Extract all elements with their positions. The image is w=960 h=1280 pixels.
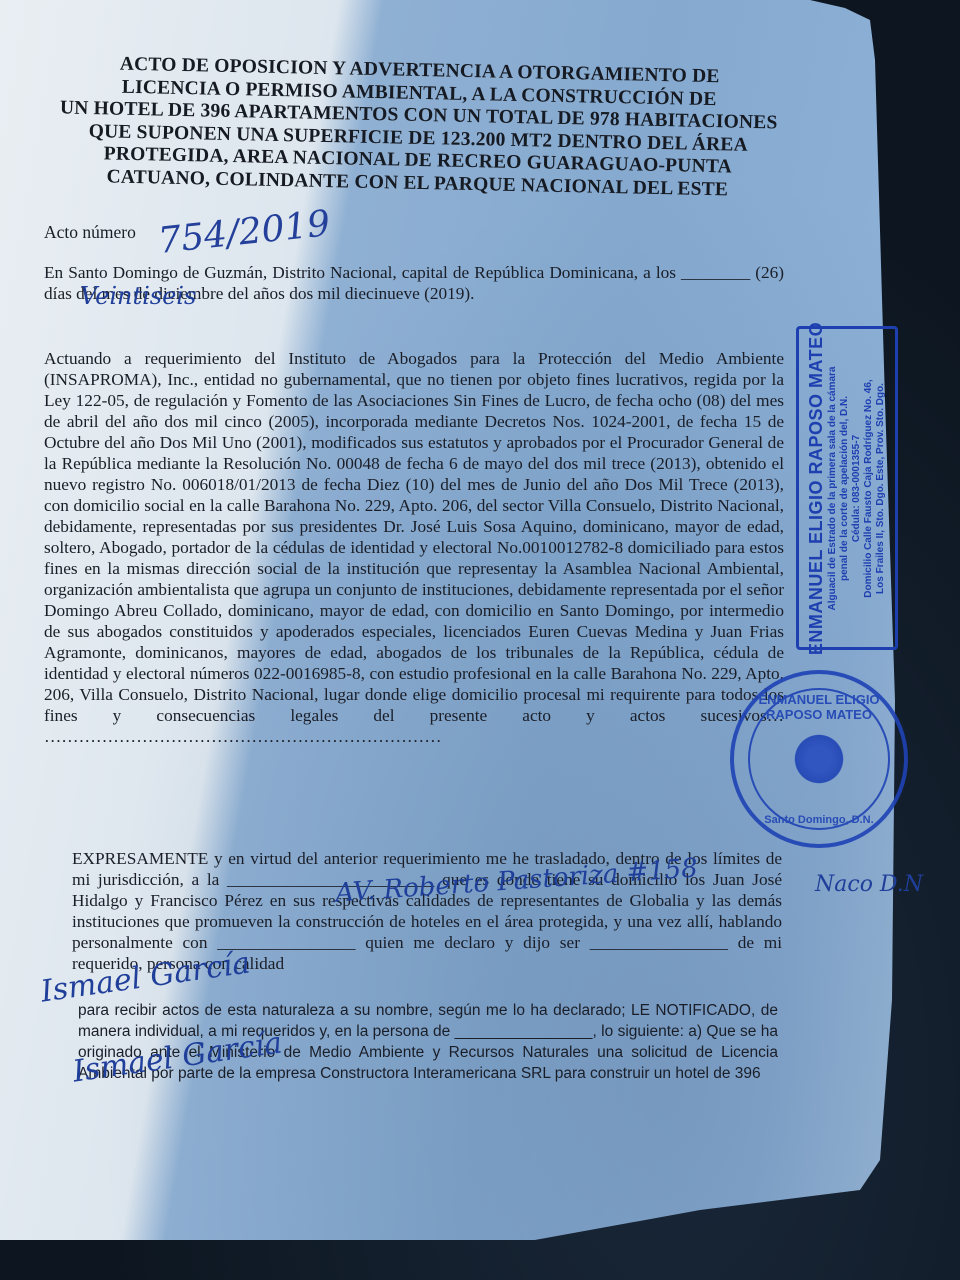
stamp-domicilio1: Domicilio Calle Fausto Caja Rodríguez No… (864, 321, 876, 654)
handwritten-note: Naco D.N (815, 872, 923, 897)
rectangular-stamp: ENMANUEL ELIGIO RAPOSO MATEO Alguacil de… (796, 326, 898, 650)
stamp-domicilio2: Los Frailes II, Sto. Dgo. Este, Prov. St… (876, 321, 888, 654)
document-title: ACTO DE OPOSICION Y ADVERTENCIA A OTORGA… (37, 52, 800, 203)
main-paragraph: Actuando a requerimiento del Instituto d… (44, 348, 784, 747)
acto-label: Acto número (44, 222, 136, 242)
stamp-line1: Alguacil de Estrado de la primera sala d… (828, 321, 840, 654)
seal-bottom-text: Santo Domingo, D.N. (734, 814, 904, 826)
circular-seal-stamp: ENMANUEL ELIGIO RAPOSO MATEO Santo Domin… (730, 670, 908, 848)
stamp-cedula: Cédula: 083-0001355-7 (852, 321, 864, 654)
acto-number-label: Acto número (44, 222, 784, 243)
stamp-name: ENMANUEL ELIGIO RAPOSO MATEO (807, 321, 828, 654)
intro-day-handwritten: Veintiseis (80, 282, 196, 310)
seal-top-text: ENMANUEL ELIGIO RAPOSO MATEO (734, 692, 904, 722)
stamp-line2: penal de la corte de apelación del, D.N. (840, 321, 852, 654)
